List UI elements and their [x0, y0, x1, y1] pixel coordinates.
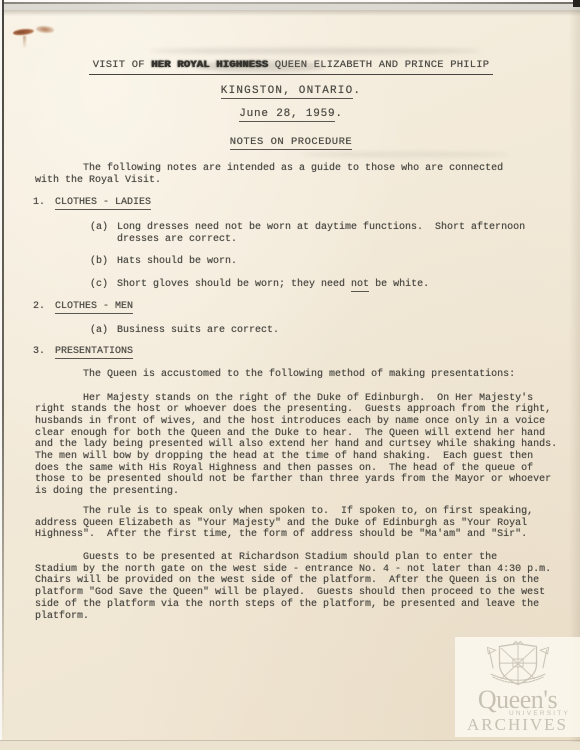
text-segment: VISIT OF [93, 59, 152, 71]
section-clothes-ladies: 1.CLOTHES - LADIES (a) Long dresses need… [35, 197, 565, 291]
text-segment: be white. [369, 279, 429, 290]
section-heading: 3.PRESENTATIONS [33, 346, 565, 358]
paragraph: The rule is to speak only when spoken to… [35, 506, 565, 541]
text-segment: QUEEN ELIZABETH AND PRINCE PHILIP [268, 59, 489, 71]
procedure-heading-text: NOTES ON PROCEDURE [230, 136, 352, 150]
text-segment: not [351, 279, 369, 292]
section-title: CLOTHES - LADIES [55, 197, 151, 210]
section-number: 3. [33, 346, 55, 358]
date-line: June 28, 1959. [26, 109, 556, 121]
list-item: (a) Long dresses need not be worn at day… [35, 222, 565, 245]
item-text: Long dresses need not be worn at daytime… [117, 222, 565, 245]
list-item: (b) Hats should be worn. [35, 256, 565, 268]
item-label: (b) [90, 256, 108, 268]
rust-stain [23, 36, 26, 49]
location-line: KINGSTON, ONTARIO. [26, 86, 556, 98]
text-segment: Short gloves should be worn; they need [117, 279, 351, 290]
scan-corner-top-right [573, 0, 580, 7]
archives-watermark: Queen's UNIVERSITY ARCHIVES [455, 637, 580, 737]
page-title-text: VISIT OF HER ROYAL HIGHNESS QUEEN ELIZAB… [89, 60, 494, 75]
rust-stain [13, 28, 35, 36]
section-title: PRESENTATIONS [55, 346, 133, 359]
page-title: VISIT OF HER ROYAL HIGHNESS QUEEN ELIZAB… [26, 60, 556, 75]
item-label: (c) [90, 279, 108, 291]
item-label: (a) [90, 222, 108, 234]
scan-edge-bottom [0, 740, 580, 750]
section-clothes-men: 2.CLOTHES - MEN (a) Business suits are c… [35, 301, 565, 337]
watermark-queens-label: Queen's [455, 688, 580, 712]
text-segment: June 28, 1959 [239, 108, 335, 122]
document-body: VISIT OF HER ROYAL HIGHNESS QUEEN ELIZAB… [35, 0, 565, 622]
list-item: (c) Short gloves should be worn; they ne… [35, 279, 565, 291]
text-segment: HER ROYAL HIGHNESS [151, 59, 268, 71]
section-number: 2. [33, 301, 55, 313]
section-heading: 1.CLOTHES - LADIES [33, 197, 565, 209]
watermark-archives-label: ARCHIVES [455, 717, 580, 733]
paragraph: Her Majesty stands on the right of the D… [35, 393, 565, 498]
paragraph: The Queen is accustomed to the following… [35, 369, 565, 381]
text-segment: KINGSTON, ONTARIO [221, 85, 354, 99]
scan-edge-left-line [2, 0, 4, 740]
queens-university-crest-icon [476, 640, 560, 690]
scan-edge-right-shade [569, 7, 580, 742]
section-number: 1. [33, 197, 55, 209]
item-text: Hats should be worn. [117, 256, 565, 268]
item-label: (a) [90, 325, 108, 337]
scanned-document-page: VISIT OF HER ROYAL HIGHNESS QUEEN ELIZAB… [0, 0, 580, 750]
procedure-heading: NOTES ON PROCEDURE [26, 137, 556, 149]
section-presentations: 3.PRESENTATIONS The Queen is accustomed … [35, 346, 565, 622]
text-segment: . [353, 85, 361, 97]
section-title: CLOTHES - MEN [55, 301, 133, 314]
section-heading: 2.CLOTHES - MEN [33, 301, 565, 313]
item-text: Business suits are correct. [117, 325, 565, 337]
item-text: Short gloves should be worn; they need n… [117, 279, 565, 291]
intro-paragraph: The following notes are intended as a gu… [35, 163, 565, 186]
text-segment: . [335, 108, 342, 120]
list-item: (a) Business suits are correct. [35, 325, 565, 337]
paragraph: Guests to be presented at Richardson Sta… [35, 552, 565, 622]
